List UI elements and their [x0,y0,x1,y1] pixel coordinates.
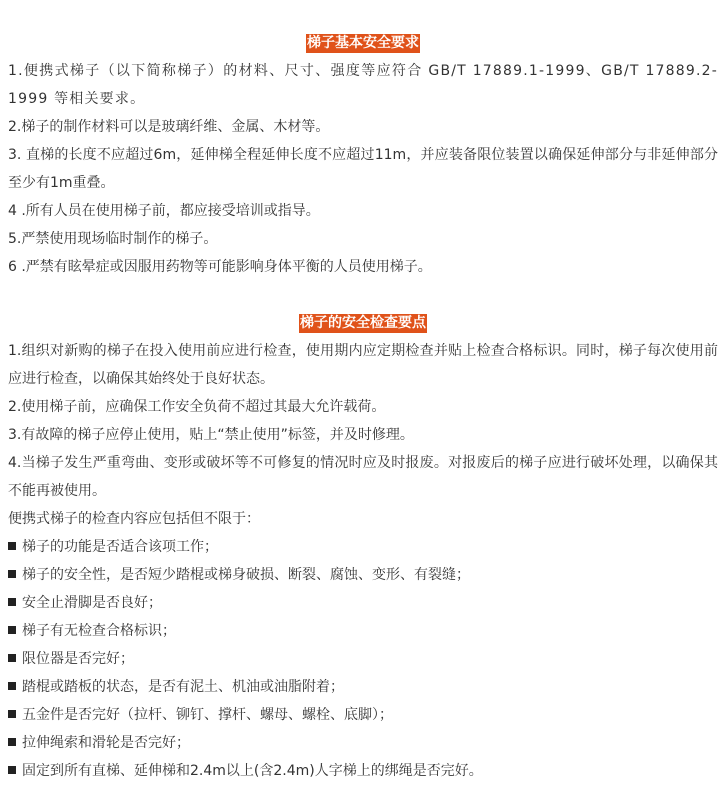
section-1-item-2: 2.梯子的制作材料可以是玻璃纤维、金属、木材等。 [8,113,718,141]
checklist-item-text: 固定到所有直梯、延伸梯和2.4m以上(含2.4m)人字梯上的绑绳是否完好。 [22,763,483,779]
checklist-item-text: 五金件是否完好（拉杆、铆钉、撑杆、螺母、螺栓、底脚）； [22,707,393,723]
checklist-item: 踏棍或踏板的状态，是否有泥土、机油或油脂附着； [8,673,718,701]
checklist-item: 梯子的安全性，是否短少踏棍或梯身破损、断裂、腐蚀、变形、有裂缝； [8,561,718,589]
section-2-item-1: 1.组织对新购的梯子在投入使用前应进行检查，使用期内应定期检查并贴上检查合格标识… [8,337,718,393]
section-1-item-6: 6 .严禁有眩晕症或因服用药物等可能影响身体平衡的人员使用梯子。 [8,253,718,281]
checklist-item: 拉伸绳索和滑轮是否完好； [8,729,718,757]
checklist-item-text: 踏棍或踏板的状态，是否有泥土、机油或油脂附着； [22,679,344,695]
document-body: 梯子基本安全要求 1.便携式梯子（以下简称梯子）的材料、尺寸、强度等应符合 GB… [0,0,726,785]
section-1-item-3: 3. 直梯的长度不应超过6m，延伸梯全程延伸长度不应超过11m，并应装备限位装置… [8,141,718,197]
section-2-item-3: 3.有故障的梯子应停止使用，贴上“禁止使用”标签，并及时修理。 [8,421,718,449]
square-bullet-icon [8,626,16,634]
square-bullet-icon [8,570,16,578]
checklist-item-text: 梯子的安全性，是否短少踏棍或梯身破损、断裂、腐蚀、变形、有裂缝； [22,567,470,583]
section-2-title: 梯子的安全检查要点 [299,314,427,333]
checklist-item-text: 梯子的功能是否适合该项工作； [22,539,218,555]
square-bullet-icon [8,766,16,774]
section-1-item-5: 5.严禁使用现场临时制作的梯子。 [8,225,718,253]
checklist-item: 安全止滑脚是否良好； [8,589,718,617]
checklist-item: 梯子的功能是否适合该项工作； [8,533,718,561]
square-bullet-icon [8,682,16,690]
section-1-item-4: 4 .所有人员在使用梯子前，都应接受培训或指导。 [8,197,718,225]
square-bullet-icon [8,710,16,718]
square-bullet-icon [8,598,16,606]
square-bullet-icon [8,738,16,746]
checklist-item-text: 拉伸绳索和滑轮是否完好； [22,735,190,751]
section-1-title: 梯子基本安全要求 [306,34,420,53]
section-2-item-2: 2.使用梯子前，应确保工作安全负荷不超过其最大允许载荷。 [8,393,718,421]
checklist-item-text: 限位器是否完好； [22,651,134,667]
checklist-item: 梯子有无检查合格标识； [8,617,718,645]
section-spacer [8,281,718,309]
square-bullet-icon [8,542,16,550]
checklist-item-text: 安全止滑脚是否良好； [22,595,162,611]
section-2-item-4: 4.当梯子发生严重弯曲、变形或破坏等不可修复的情况时应及时报废。对报废后的梯子应… [8,449,718,505]
section-1-heading-wrap: 梯子基本安全要求 [8,29,718,57]
section-1-item-1: 1.便携式梯子（以下简称梯子）的材料、尺寸、强度等应符合 GB/T 17889.… [8,57,718,113]
section-2-heading-wrap: 梯子的安全检查要点 [8,309,718,337]
checklist-intro: 便携式梯子的检查内容应包括但不限于： [8,505,718,533]
checklist-item: 限位器是否完好； [8,645,718,673]
checklist-item-text: 梯子有无检查合格标识； [22,623,176,639]
checklist-item: 固定到所有直梯、延伸梯和2.4m以上(含2.4m)人字梯上的绑绳是否完好。 [8,757,718,785]
square-bullet-icon [8,654,16,662]
checklist-item: 五金件是否完好（拉杆、铆钉、撑杆、螺母、螺栓、底脚）； [8,701,718,729]
